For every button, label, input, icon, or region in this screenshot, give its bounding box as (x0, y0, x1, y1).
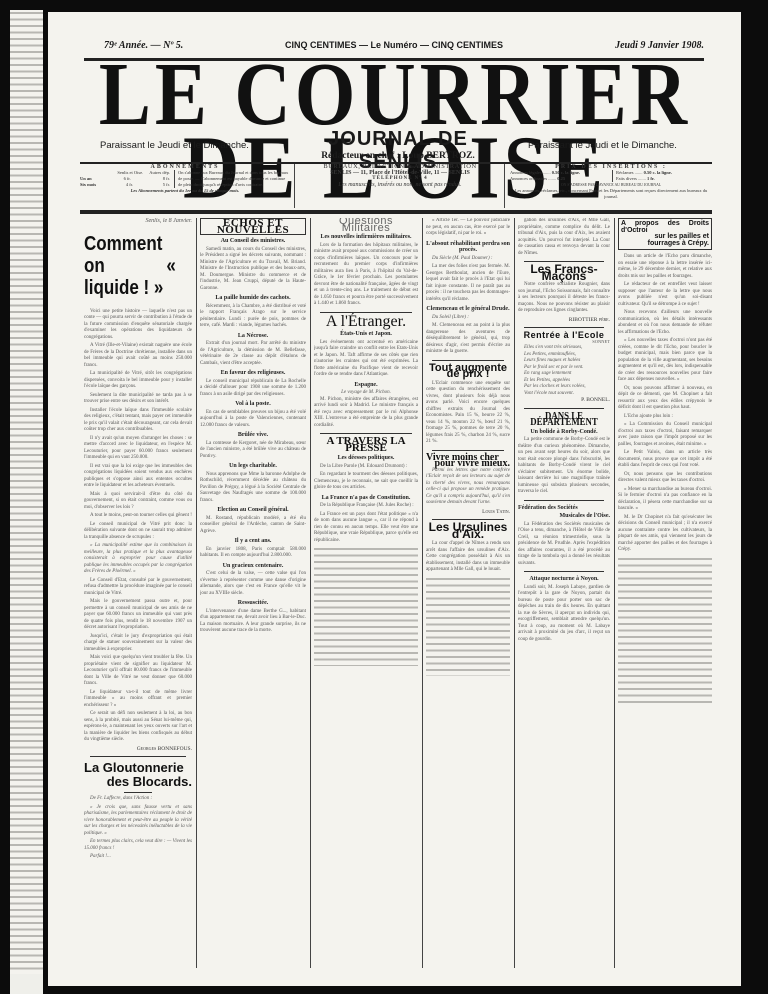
article-quote: « La municipalité estime que la combinai… (84, 543, 192, 576)
article-paragraph: En termes plus clairs, cela veut dire : … (84, 839, 192, 852)
article-headline-2a: La Gloutonnerie (84, 761, 192, 775)
article-paragraph: « La Commission du Conseil municipal d'o… (618, 422, 712, 448)
article-paragraph: Parfait !... (84, 854, 192, 861)
news-text: La comtesse de Kergoret, née de Mirabeau… (200, 441, 306, 461)
column-divider (310, 218, 311, 968)
article-paragraph: A tout le moins, peut-on tourner celles … (84, 513, 192, 520)
article-paragraph: « Je crois que, sans fausse vertu et san… (84, 805, 192, 838)
section-headline: A l'Étranger. (314, 319, 418, 326)
news-text: M. Rostand, républicain modéré, a été él… (200, 516, 306, 536)
article-paragraph: Mais à quoi servirait-il d'être du côté … (84, 492, 192, 512)
section-divider (320, 312, 412, 313)
article-paragraph: Or, nous pensons que les contributions d… (618, 472, 712, 485)
poem-signature: P. BONNEL. (518, 397, 610, 404)
column-divider (614, 218, 615, 968)
article-text: En regardant le tourment des déesses pol… (314, 472, 418, 492)
article-source: De la Libre Parole (M. Edouard Drumont) … (314, 464, 418, 471)
article-text: Parmi les lettres que notre confrère l'E… (426, 468, 510, 507)
news-title: Il y a cent ans. (200, 538, 306, 545)
article-text: L'Eclair commence une enquête sur cette … (426, 381, 510, 446)
article-paragraph: « Les nouvelles taxes d'octroi n'ont pas… (618, 338, 712, 384)
rate-label: Réclames (616, 170, 634, 175)
column-divider (422, 218, 423, 968)
news-title: Un gracieux centenaire. (200, 563, 306, 570)
article-source: De la République Française (M. Jules Roc… (314, 503, 418, 510)
article-paragraph: Nous recevons d'ailleurs une nouvelle co… (618, 310, 712, 336)
article-text: Les événements ont accentué en américain… (314, 340, 418, 379)
article-subtitle: Musicales de l'Oise. (518, 513, 610, 520)
article-text: La France est un pays dont l'état politi… (314, 512, 418, 545)
article-paragraph: A Vitré (Ille-et-Vilaine) existait naguè… (84, 343, 192, 369)
article-text: La cour d'appel de Nîmes a rendu son arr… (426, 541, 510, 574)
article-paragraph: Or, nous pouvons affirmer à nouveau, en … (618, 386, 712, 412)
article-paragraph: Le rédacteur de cet entrefilet veut lais… (618, 282, 712, 308)
news-text: L'intervenance d'une dame Berthe G..., h… (200, 609, 306, 635)
advert-rates-box: PRIX DES INSERTIONS : Annonces légales .… (510, 164, 712, 209)
article-paragraph: Il n'y avait qu'un moyen d'arranger les … (84, 436, 192, 462)
article-source: Du Soleil (Libre) : (426, 315, 510, 322)
article-headline-b: sur les pailles et fourrages à Crépy. (621, 234, 709, 247)
section-headline: Les Francs-Maçons (518, 266, 610, 279)
advert-note-2: Les annonces, réclames, etc., concernant… (510, 188, 712, 200)
article-source: Du Siècle (M. Paul Doumer) : (426, 256, 510, 263)
section-divider (432, 360, 504, 361)
scan-border (741, 0, 768, 994)
column-4: « Article 1er. — Le pouvoir judiciaire n… (426, 218, 510, 968)
article-headline: Comment on « liquide ! » (84, 233, 176, 299)
article-paragraph: L'Echo ajoute plus loin : (618, 414, 712, 421)
news-text: En janvier 1808, Paris comptait 580.000 … (200, 547, 306, 560)
article-paragraph: Le liquidateur va-t-il tout de même livr… (84, 690, 192, 710)
subscriptions-box: ABONNEMENTS Senlis et Oise. Autres dép. … (80, 164, 290, 209)
text-block (314, 546, 418, 666)
text-block (618, 556, 712, 706)
article-subtitle: Fédération des Sociétés (518, 505, 610, 512)
article-subtitle: Attaque nocturne à Noyon. (518, 576, 610, 583)
article-paragraph: « Mener sa marchandise au bureau d'octro… (618, 487, 712, 513)
article-subtitle: Espagne. (314, 382, 418, 389)
news-title: Election au Conseil général. (200, 507, 306, 514)
section-divider (432, 450, 504, 451)
column-divider (196, 218, 197, 968)
article-paragraph: Dans un article de l'Echo paru dimanche,… (618, 254, 712, 280)
article-text: gation des ursulines d'Aix, et Mlle Gall… (518, 218, 610, 257)
article-text: La mer des folies n'est pas fermée. M. G… (426, 264, 510, 303)
article-paragraph: La municipalité de Vitré, sitôt les cong… (84, 371, 192, 391)
divider (294, 164, 295, 208)
offices-box: BUREAUX, RÉDACTION & ADMINISTRATION SENL… (300, 164, 500, 209)
author-signature: Georges BONNEFOUS. (84, 746, 192, 753)
article-headline-2b: des Blocards. (84, 775, 192, 789)
section-divider (432, 519, 504, 520)
news-title: Vol à la poste. (200, 401, 306, 408)
article-text: « Article 1er. — Le pouvoir judiciaire n… (426, 218, 510, 238)
section-headline: A TRAVERS LA PRESSE (314, 438, 418, 451)
news-title: Brûlée vive. (200, 432, 306, 439)
article-subtitle: Les déesses politiques. (314, 455, 418, 462)
offices-note: Les manuscrits, insérés ou non, ne sont … (300, 182, 500, 188)
news-title: Un legs charitable. (200, 463, 306, 470)
article-subtitle: Clemenceau et le général Drude. (426, 306, 510, 313)
news-text: En cas de semblables preuves un bijou a … (200, 410, 306, 430)
news-title: En faveur des religieuses. (200, 370, 306, 377)
section-headline: Rentrée à l'Ecole (518, 332, 610, 339)
news-title: Au Conseil des ministres. (200, 238, 306, 245)
section-divider (90, 756, 186, 757)
article-paragraph: Jusqu'ici, c'était le jury d'expropriati… (84, 634, 192, 654)
column-3: Questions Militaires Les nouvelles infir… (314, 218, 418, 968)
section-divider (524, 327, 604, 328)
dateline: Senlis, le 8 Janvier. (84, 218, 192, 225)
section-headline-b: pour vivre mieux. (426, 461, 510, 468)
article-text: M. Pichon, ministre des affaires étrangè… (314, 397, 418, 430)
article-subtitle: Les nouvelles infirmières militaires. (314, 234, 418, 241)
rate-label: Annonces légales (510, 170, 542, 175)
rate-value: 0.25 (557, 176, 565, 181)
page-content: 79ᵉ Année. — Nº 5. CINQ CENTIMES — Le Nu… (48, 12, 741, 986)
editor-line: Rédacteur en chef : Loup BERTROZ. (298, 151, 498, 161)
info-bottom-rule (80, 210, 712, 214)
section-headline: Les Ursulines d'Aix. (426, 524, 510, 537)
article-paragraph: M. le Dr Chopinet n'a fait qu'exécuter l… (618, 515, 712, 554)
section-headline: DANS LE DÉPARTEMENT (527, 413, 601, 426)
section-headline: Tout augmente de prix ! (426, 365, 510, 378)
tagline-left: Paraissant le Jeudi et le Dimanche. (100, 140, 249, 151)
article-subtitle: L'absout réhabilitant perdra son procès. (426, 241, 510, 254)
article-paragraph: De Fr. Laffecre, dans l'Action : (84, 796, 192, 803)
article-text: Notre confrère socialiste Rougnier, dans… (518, 282, 610, 315)
tagline-right: Paraissant le Jeudi et le Dimanche. (528, 140, 677, 151)
news-text: Extrait d'un journal mort. Par arrêté du… (200, 341, 306, 367)
divider (504, 164, 505, 208)
article-paragraph: Le Petit Valois, dans un article très do… (618, 450, 712, 470)
section-divider (524, 261, 604, 262)
news-title: La paille humide des cachots. (200, 295, 306, 302)
rate-value: 0.50 c. la ligne. (644, 170, 672, 175)
article-subtitle: Un bolide à Rorby-Condé. (518, 429, 610, 436)
section-divider (524, 500, 604, 501)
article-headline-box: A propos des Droits d'Octroi sur les pai… (618, 218, 712, 250)
rate-label: Faits divers (616, 176, 637, 181)
title-rule (124, 792, 152, 793)
article-paragraph: Mais le gouvernement passa outre et, pou… (84, 599, 192, 632)
section-divider (524, 571, 604, 572)
row-label: Six mois (80, 182, 96, 188)
subscriptions-footer: Les Abonnements partent du 1er ou du 15 … (80, 188, 290, 194)
author-signature: Louis Tatin. (426, 509, 510, 516)
news-text: Samedi matin, au cours du Conseil des mi… (200, 247, 306, 293)
news-text: C'est celui de la valse, — cette valse q… (200, 571, 306, 597)
column-6: A propos des Droits d'Octroi sur les pai… (618, 218, 712, 968)
section-headline: Questions Militaires (314, 218, 418, 231)
article-paragraph: Il est vrai que la loi exige que les imm… (84, 464, 192, 490)
article-paragraph: Le conseil municipal de Vitré prit donc … (84, 522, 192, 542)
article-paragraph: Le Conseil d'Etat, consulté par le gouve… (84, 578, 192, 598)
article-text: Lundi soir, M. Joseph Labaye, gardien de… (518, 585, 610, 644)
rate-value: 0.50 c. la ligne. (552, 170, 580, 175)
news-title: La Nécrose. (200, 333, 306, 340)
rate-label: Annonces ordinaires (510, 176, 547, 181)
article-paragraph: Ce serait un défi non seulement à la loi… (84, 711, 192, 744)
adjacent-page-strip (10, 10, 43, 994)
article-paragraph: Installer l'école laïque dans l'immeuble… (84, 408, 192, 434)
article-paragraph: Voici une petite histoire — laquelle n'e… (84, 309, 192, 342)
news-text: Le conseil municipal républicain de La R… (200, 379, 306, 399)
poem: Elles s'en vont très sérieuses, Les Peti… (518, 345, 610, 397)
article-text: Lors de la formation des hôpitaux milita… (314, 243, 418, 308)
news-text: Nous apprenons que Mme la baronne Adolph… (200, 472, 306, 505)
text-block (426, 576, 510, 676)
column-1: Senlis, le 8 Janvier. Comment on « liqui… (84, 218, 192, 968)
subscriptions-note: On s'abonne aux Bureaux du Journal et da… (174, 170, 290, 188)
article-paragraph: Seulement la dite municipalité ne tarda … (84, 393, 192, 406)
section-headline: ECHOS ET NOUVELLES (200, 218, 306, 235)
column-2: ECHOS ET NOUVELLES Au Conseil des minist… (200, 218, 306, 838)
author-signature: RIBOTTIER père. (518, 317, 610, 324)
news-title: Ressuscitée. (200, 600, 306, 607)
news-text: Récemment, à la Chambre, a été distribué… (200, 304, 306, 330)
article-paragraph: Mais voici que quelqu'un vient troubler … (84, 655, 192, 688)
rate-value: 1 fr. (647, 176, 655, 181)
article-text: La Fédération des Sociétés musicales de … (518, 522, 610, 568)
article-text: M. Clemenceau est au point à la plus dan… (426, 323, 510, 356)
section-divider (524, 408, 604, 409)
article-subtitle: États-Unis et Japon. (314, 331, 418, 338)
section-divider (320, 433, 412, 434)
article-text: La petite commune de Borby-Condé est le … (518, 437, 610, 496)
article-subtitle: La France n'a pas de Constitution. (314, 495, 418, 502)
column-divider (514, 218, 515, 968)
column-5: gation des ursulines d'Aix, et Mlle Gall… (518, 218, 610, 968)
